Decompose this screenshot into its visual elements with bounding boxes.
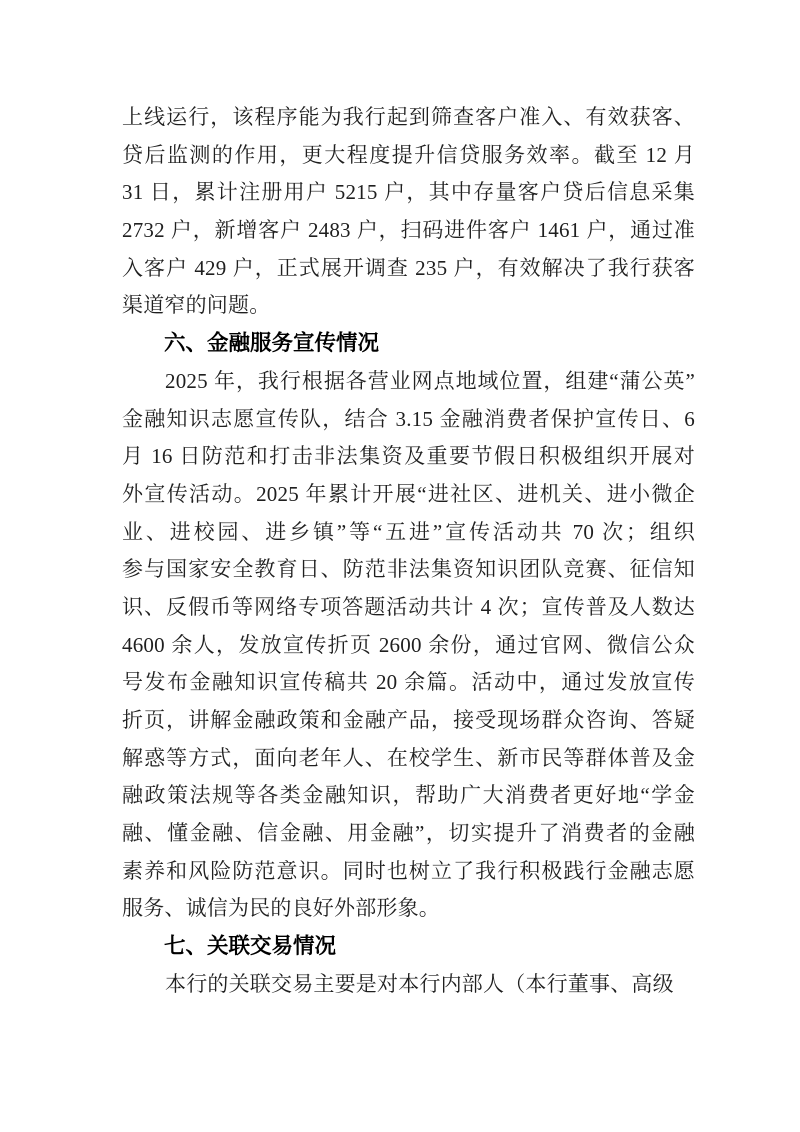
paragraph: 上线运行，该程序能为我行起到筛查客户准入、有效获客、贷后监测的作用，更大程度提升… xyxy=(122,99,695,325)
text-line: 本行的关联交易主要是对本行内部人（本行董事、高级 xyxy=(122,966,695,1004)
text-line: 入客户 429 户，正式展开调查 235 户，有效解决了我行获客 xyxy=(122,250,695,288)
text-line: 金融知识志愿宣传队，结合 3.15 金融消费者保护宣传日、6 xyxy=(122,401,695,439)
text-line: 渠道窄的问题。 xyxy=(122,287,695,325)
section-heading: 七、关联交易情况 xyxy=(122,928,695,966)
text-line: 折页，讲解金融政策和金融产品，接受现场群众咨询、答疑 xyxy=(122,702,695,740)
text-line: 4600 余人，发放宣传折页 2600 余份，通过官网、微信公众 xyxy=(122,627,695,665)
document-body: 上线运行，该程序能为我行起到筛查客户准入、有效获客、贷后监测的作用，更大程度提升… xyxy=(122,99,695,1004)
text-line: 2025 年，我行根据各营业网点地域位置，组建“蒲公英” xyxy=(122,363,695,401)
text-line: 31 日，累计注册用户 5215 户，其中存量客户贷后信息采集 xyxy=(122,174,695,212)
document-page: 上线运行，该程序能为我行起到筛查客户准入、有效获客、贷后监测的作用，更大程度提升… xyxy=(0,0,800,1132)
paragraph: 本行的关联交易主要是对本行内部人（本行董事、高级 xyxy=(122,966,695,1004)
text-line: 2732 户，新增客户 2483 户，扫码进件客户 1461 户，通过准 xyxy=(122,212,695,250)
text-line: 素养和风险防范意识。同时也树立了我行积极践行金融志愿 xyxy=(122,853,695,891)
text-line: 号发布金融知识宣传稿共 20 余篇。活动中，通过发放宣传 xyxy=(122,664,695,702)
text-line: 融政策法规等各类金融知识，帮助广大消费者更好地“学金 xyxy=(122,777,695,815)
text-line: 月 16 日防范和打击非法集资及重要节假日积极组织开展对 xyxy=(122,438,695,476)
text-line: 外宣传活动。2025 年累计开展“进社区、进机关、进小微企 xyxy=(122,476,695,514)
text-line: 服务、诚信为民的良好外部形象。 xyxy=(122,890,695,928)
text-line: 识、反假币等网络专项答题活动共计 4 次；宣传普及人数达 xyxy=(122,589,695,627)
text-line: 解惑等方式，面向老年人、在校学生、新市民等群体普及金 xyxy=(122,740,695,778)
text-line: 上线运行，该程序能为我行起到筛查客户准入、有效获客、 xyxy=(122,99,695,137)
text-line: 融、懂金融、信金融、用金融”，切实提升了消费者的金融 xyxy=(122,815,695,853)
text-line: 业、进校园、进乡镇”等“五进”宣传活动共 70 次；组织 xyxy=(122,514,695,552)
section-heading: 六、金融服务宣传情况 xyxy=(122,325,695,363)
text-line: 贷后监测的作用，更大程度提升信贷服务效率。截至 12 月 xyxy=(122,137,695,175)
paragraph: 2025 年，我行根据各营业网点地域位置，组建“蒲公英”金融知识志愿宣传队，结合… xyxy=(122,363,695,928)
text-line: 参与国家安全教育日、防范非法集资知识团队竞赛、征信知 xyxy=(122,551,695,589)
